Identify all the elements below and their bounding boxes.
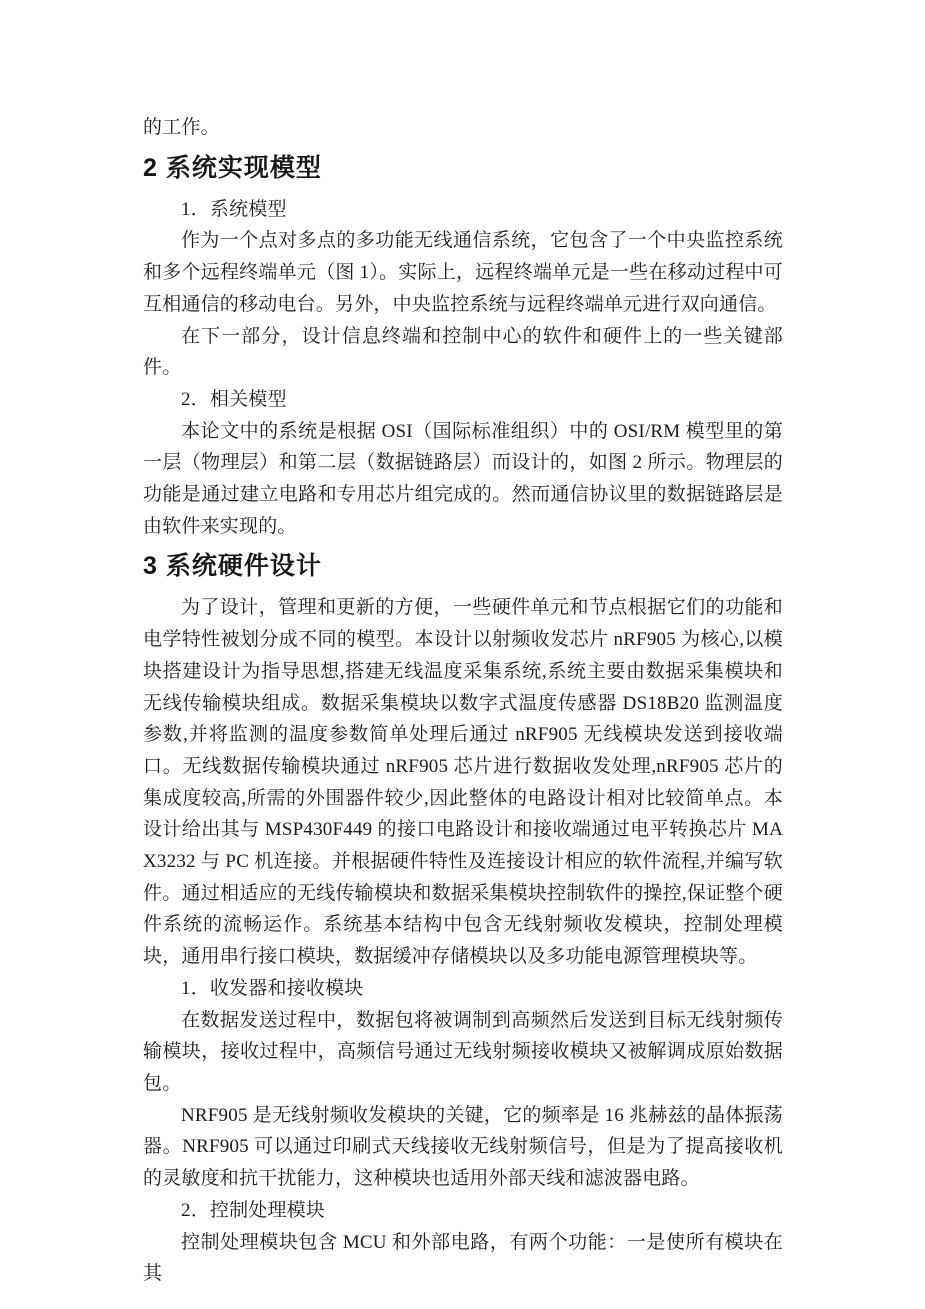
paragraph-osi-model: 本论文中的系统是根据 OSI（国际标准组织）中的 OSI/RM 模型里的第一层（… [143,416,783,543]
paragraph-system-description: 作为一个点对多点的多功能无线通信系统，它包含了一个中央监控系统和多个远程终端单元… [143,225,783,320]
paragraph-control-module: 控制处理模块包含 MCU 和外部电路，有两个功能：一是使所有模块在其 [143,1227,783,1290]
subitem-transceiver-module: 1．收发器和接收模块 [143,973,783,1005]
paragraph-hardware-design: 为了设计，管理和更新的方便，一些硬件单元和节点根据它们的功能和电学特性被划分成不… [143,592,783,972]
paragraph-nrf905-frequency: NRF905 是无线射频收发模块的关键，它的频率是 16 兆赫兹的晶体振荡器。N… [143,1100,783,1195]
paragraph-continuation: 的工作。 [143,112,783,144]
subitem-control-module: 2．控制处理模块 [143,1195,783,1227]
subitem-system-model: 1．系统模型 [143,194,783,226]
paragraph-next-part: 在下一部分，设计信息终端和控制中心的软件和硬件上的一些关键部件。 [143,321,783,384]
heading-section-3: 3 系统硬件设计 [143,546,783,586]
paragraph-data-transmission: 在数据发送过程中，数据包将被调制到高频然后发送到目标无线射频传输模块，接收过程中… [143,1005,783,1100]
subitem-related-model: 2．相关模型 [143,384,783,416]
document-page: 的工作。 2 系统实现模型 1．系统模型 作为一个点对多点的多功能无线通信系统，… [0,0,925,1309]
heading-section-2: 2 系统实现模型 [143,148,783,188]
